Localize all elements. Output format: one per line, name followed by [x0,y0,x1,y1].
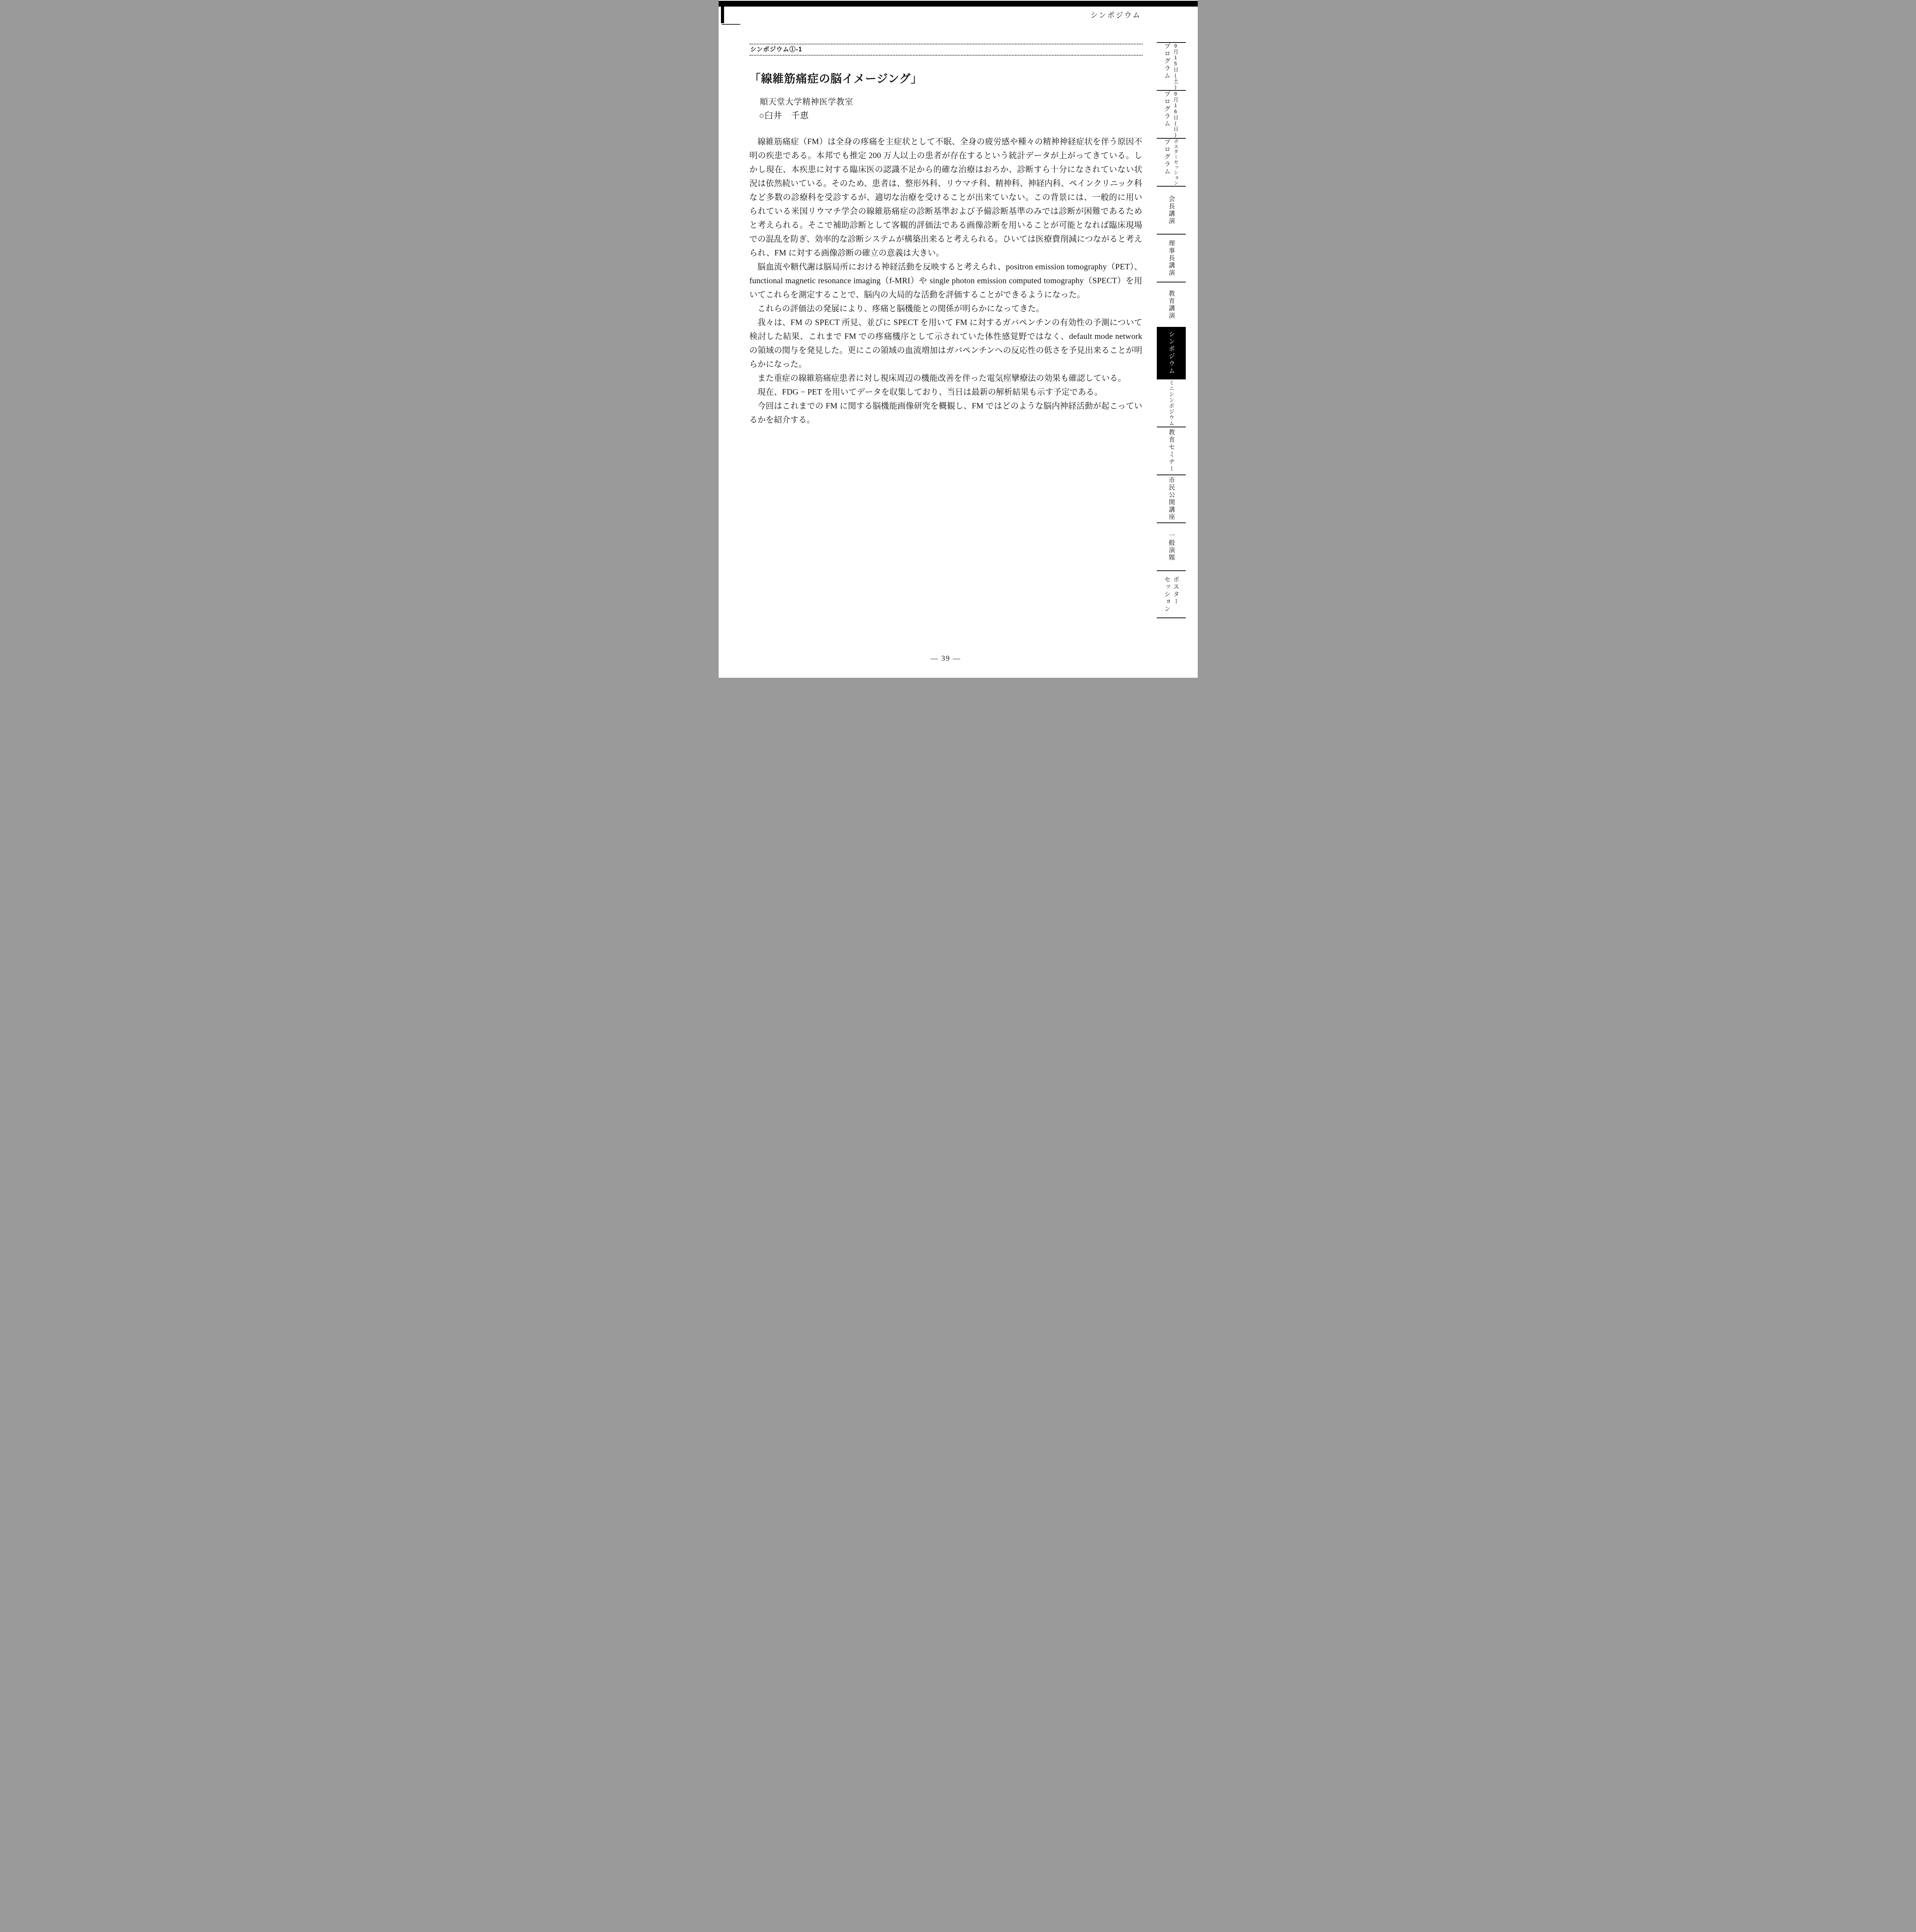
sidebar-tab-public-lecture[interactable]: 市民公開講座 [1157,474,1186,522]
abstract-paragraph: また重症の線維筋痛症患者に対し視床周辺の機能改善を伴った電気痙攣療法の効果も確認… [750,371,1142,385]
page-number: — 39 — [750,655,1142,663]
sidebar-tab-program-sep15[interactable]: 9月15日(土)プログラム [1157,42,1186,90]
sidebar-tab-presidential-lecture[interactable]: 会長講演 [1157,186,1186,234]
sidebar-tab-mini-symposium[interactable]: ミニシンポジウム [1157,379,1186,427]
sidebar-tab-symposium-active[interactable]: シンポジウム [1157,327,1186,379]
sidebar-tab-chairman-lecture[interactable]: 理事長講演 [1157,234,1186,282]
scan-artifact-top-bar [719,1,1198,7]
session-rule-box: シンポジウム①-1 [750,44,1142,56]
abstract-paragraph: これらの評価法の発展により、疼痛と脳機能との関係が明らかになってきた。 [750,301,1142,315]
abstract-paragraph: 脳血流や糖代謝は脳局所における神経活動を反映すると考えられ、positron e… [750,260,1142,301]
scan-artifact-corner-mark [721,1,724,23]
abstract-paragraph: 我々は、FM の SPECT 所見、並びに SPECT を用いて FM に対する… [750,315,1142,371]
running-head: シンポジウム [1090,10,1141,20]
sidebar-tab-educational-seminar[interactable]: 教育セミナー [1157,427,1186,474]
sidebar-tab-program-sep16[interactable]: 9月16日(日)プログラム [1157,90,1186,138]
session-label: シンポジウム①-1 [750,45,1142,54]
abstract-paragraph: 現在、FDG − PET を用いてデータを収集しており、当日は最新の解析結果も示… [750,385,1142,399]
affiliation: 順天堂大学精神医学教室 [760,95,853,107]
thumb-index-sidebar: 9月15日(土)プログラム 9月16日(日)プログラム ポスターセッションプログ… [1157,42,1186,618]
sidebar-tab-educational-lecture[interactable]: 教育講演 [1157,282,1186,327]
scan-artifact-corner-tick [722,24,740,25]
sidebar-tab-poster-session[interactable]: ポスターセッション [1157,570,1186,618]
sidebar-tab-general-presentations[interactable]: 一般演題 [1157,522,1186,570]
abstract-body: 線維筋痛症（FM）は全身の疼痛を主症状として不眠、全身の疲労感や種々の精神神経症… [750,134,1142,427]
document-page: シンポジウム シンポジウム①-1 「線維筋痛症の脳イメージング」 順天堂大学精神… [719,0,1198,678]
presenter-name: ○臼井 千恵 [759,109,809,121]
abstract-paragraph: 線維筋痛症（FM）は全身の疼痛を主症状として不眠、全身の疲労感や種々の精神神経症… [750,134,1142,260]
sidebar-tab-poster-session-program[interactable]: ポスターセッションプログラム [1157,138,1186,186]
session-title: 「線維筋痛症の脳イメージング」 [750,70,923,86]
abstract-paragraph: 今回はこれまでの FM に関する脳機能画像研究を概観し、FM ではどのような脳内… [750,399,1142,427]
